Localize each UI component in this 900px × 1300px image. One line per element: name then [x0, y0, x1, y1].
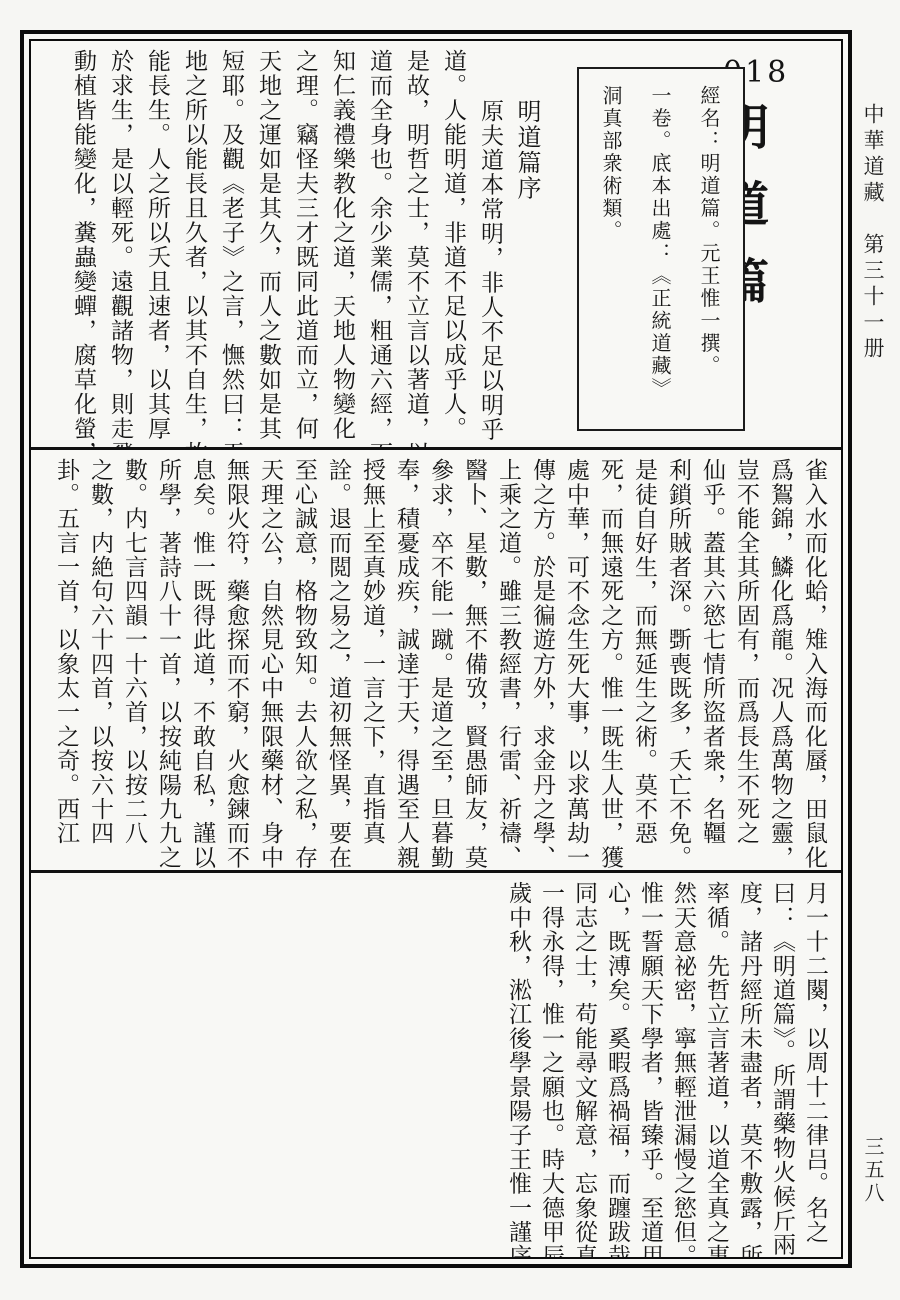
text-column: 道而全身也。余少業儒，粗通六經，而 [360, 49, 397, 443]
outer-margin: 中華道藏 第三十一册 三五八 [852, 0, 896, 1300]
text-column: 醫卜、星數，無不備攷，賢愚師友，莫不 [457, 458, 491, 868]
text-column: 歲中秋，淞江後學景陽子王惟一謹序。 [501, 881, 534, 1255]
text-column: 是徒自好生，而無延生之術。莫不惡 [627, 458, 661, 868]
band-top: 018 明 道 篇 經名：明道篇。元王惟一撰。 一卷。底本出處：《正統道藏》 洞… [31, 41, 841, 447]
text-column: 所學，著詩八十一首，以按純陽九九之 [151, 458, 185, 868]
text-column: 死，而無遠死之方。惟一既生人世，獲 [593, 458, 627, 868]
text-column: 數。内七言四韻一十六首，以按二八 [117, 458, 151, 868]
text-column: 授無上至真妙道，一言之下，直指真 [355, 458, 389, 868]
text-column: 然天意祕密，寧無輕泄漏慢之慾但。 [666, 881, 699, 1255]
collection-title: 中華道藏 第三十一册 [858, 103, 888, 363]
text-column: 之數，内絶句六十四首，以按六十四 [83, 458, 117, 868]
band-bottom: 月一十二闋，以周十二律吕。名之 曰：《明道篇》。所謂藥物火候斤兩法 度，諸丹經所… [31, 873, 841, 1257]
preface-heading: 明道篇序 [508, 49, 545, 443]
page-frame-inner: 018 明 道 篇 經名：明道篇。元王惟一撰。 一卷。底本出處：《正統道藏》 洞… [29, 39, 843, 1259]
text-column: 短耶。及觀《老子》之言，憮然曰：天 [212, 49, 249, 443]
text-column: 雀入水而化蛤，雉入海而化蜃，田鼠化 [797, 458, 831, 868]
text-column: 卦。五言一首，以象太一之奇。西江 [49, 458, 83, 868]
band-middle: 雀入水而化蛤，雉入海而化蜃，田鼠化 爲鴽錦，鱗化爲龍。况人爲萬物之靈， 豈不能全… [31, 450, 841, 870]
text-column: 奉，積憂成疾，誠達于天，得遇至人親 [389, 458, 423, 868]
text-column: 一得永得，惟一之願也。時大德甲辰 [534, 881, 567, 1255]
text-column: 動植皆能變化，糞蟲變蟬，腐草化螢， [64, 49, 101, 443]
colophon-line: 經名：明道篇。元王惟一撰。 [684, 85, 733, 413]
text-column: 曰：《明道篇》。所謂藥物火候斤兩法 [765, 881, 798, 1255]
text-column: 爲鴽錦，鱗化爲龍。况人爲萬物之靈， [763, 458, 797, 868]
text-column: 同志之士，苟能尋文解意，忘象從真， [567, 881, 600, 1255]
preface-text-top: 明道篇序 原夫道本常明，非人不足以明乎 道。人能明道，非道不足以成乎人。 是故，… [39, 49, 545, 443]
text-column: 至心誠意，格物致知。去人欲之私，存 [287, 458, 321, 868]
text-column: 傳之方。於是徧遊方外，求金丹之學、 [525, 458, 559, 868]
colophon-text: 經名：明道篇。元王惟一撰。 一卷。底本出處：《正統道藏》 洞真部衆術類。 [589, 85, 733, 413]
text-column: 詮。退而閲之易之，道初無怪異，要在 [321, 458, 355, 868]
text-column: 知仁義禮樂教化之道，天地人物變化 [323, 49, 360, 443]
text-column: 惟一誓願天下學者，皆臻乎。至道用 [633, 881, 666, 1255]
text-column: 參求，卒不能一蹴。是道之至，旦暮勤 [423, 458, 457, 868]
text-column: 處中華，可不念生死大事，以求萬劫一 [559, 458, 593, 868]
colophon-box: 經名：明道篇。元王惟一撰。 一卷。底本出處：《正統道藏》 洞真部衆術類。 [577, 67, 745, 431]
text-column: 無限火符，藥愈探而不窮，火愈鍊而不 [219, 458, 253, 868]
colophon-line: 洞真部衆術類。 [586, 85, 635, 413]
text-column: 能長生。人之所以夭且速者，以其厚 [138, 49, 175, 443]
preface-text-middle: 雀入水而化蛤，雉入海而化蜃，田鼠化 爲鴽錦，鱗化爲龍。况人爲萬物之靈， 豈不能全… [39, 458, 831, 868]
page-frame-outer: 018 明 道 篇 經名：明道篇。元王惟一撰。 一卷。底本出處：《正統道藏》 洞… [20, 30, 852, 1268]
text-column: 是故，明哲之士，莫不立言以著道，以 [397, 49, 434, 443]
text-column: 之理。竊怪夫三才既同此道而立，何 [286, 49, 323, 443]
text-column: 原夫道本常明，非人不足以明乎 [471, 49, 508, 443]
text-column: 率循。先哲立言著道，以道全真之事， [699, 881, 732, 1255]
text-column: 度，諸丹經所未盡者，莫不敷露，所以 [732, 881, 765, 1255]
text-column: 仙乎。蓋其六慾七情所盜者衆，名韁 [695, 458, 729, 868]
scanned-page: 中華道藏 第三十一册 三五八 018 明 道 篇 經名：明道篇。元王惟一撰。 [0, 0, 900, 1300]
colophon-line: 一卷。底本出處：《正統道藏》 [635, 85, 684, 413]
page-number: 三五八 [859, 1136, 888, 1205]
text-column: 天地之運如是其久，而人之數如是其 [249, 49, 286, 443]
text-column: 上乘之道。雖三教經書，行雷、祈禱、 [491, 458, 525, 868]
text-column: 於求生，是以輕死。遠觀諸物，則走飛 [101, 49, 138, 443]
text-column: 天理之公，自然見心中無限藥材、身中 [253, 458, 287, 868]
text-column: 月一十二闋，以周十二律吕。名之 [798, 881, 831, 1255]
text-column: 利鎖所賊者深。斲喪既多，夭亡不免。 [661, 458, 695, 868]
text-column: 地之所以能長且久者，以其不自生，故 [175, 49, 212, 443]
text-column: 道。人能明道，非道不足以成乎人。 [434, 49, 471, 443]
preface-text-bottom: 月一十二闋，以周十二律吕。名之 曰：《明道篇》。所謂藥物火候斤兩法 度，諸丹經所… [491, 881, 831, 1255]
text-column: 心，既溥矣。奚暇爲禍福，而躔跋哉。 [600, 881, 633, 1255]
text-column: 息矣。惟一既得此道，不敢自私，謹以 [185, 458, 219, 868]
text-column: 豈不能全其所固有，而爲長生不死之 [729, 458, 763, 868]
